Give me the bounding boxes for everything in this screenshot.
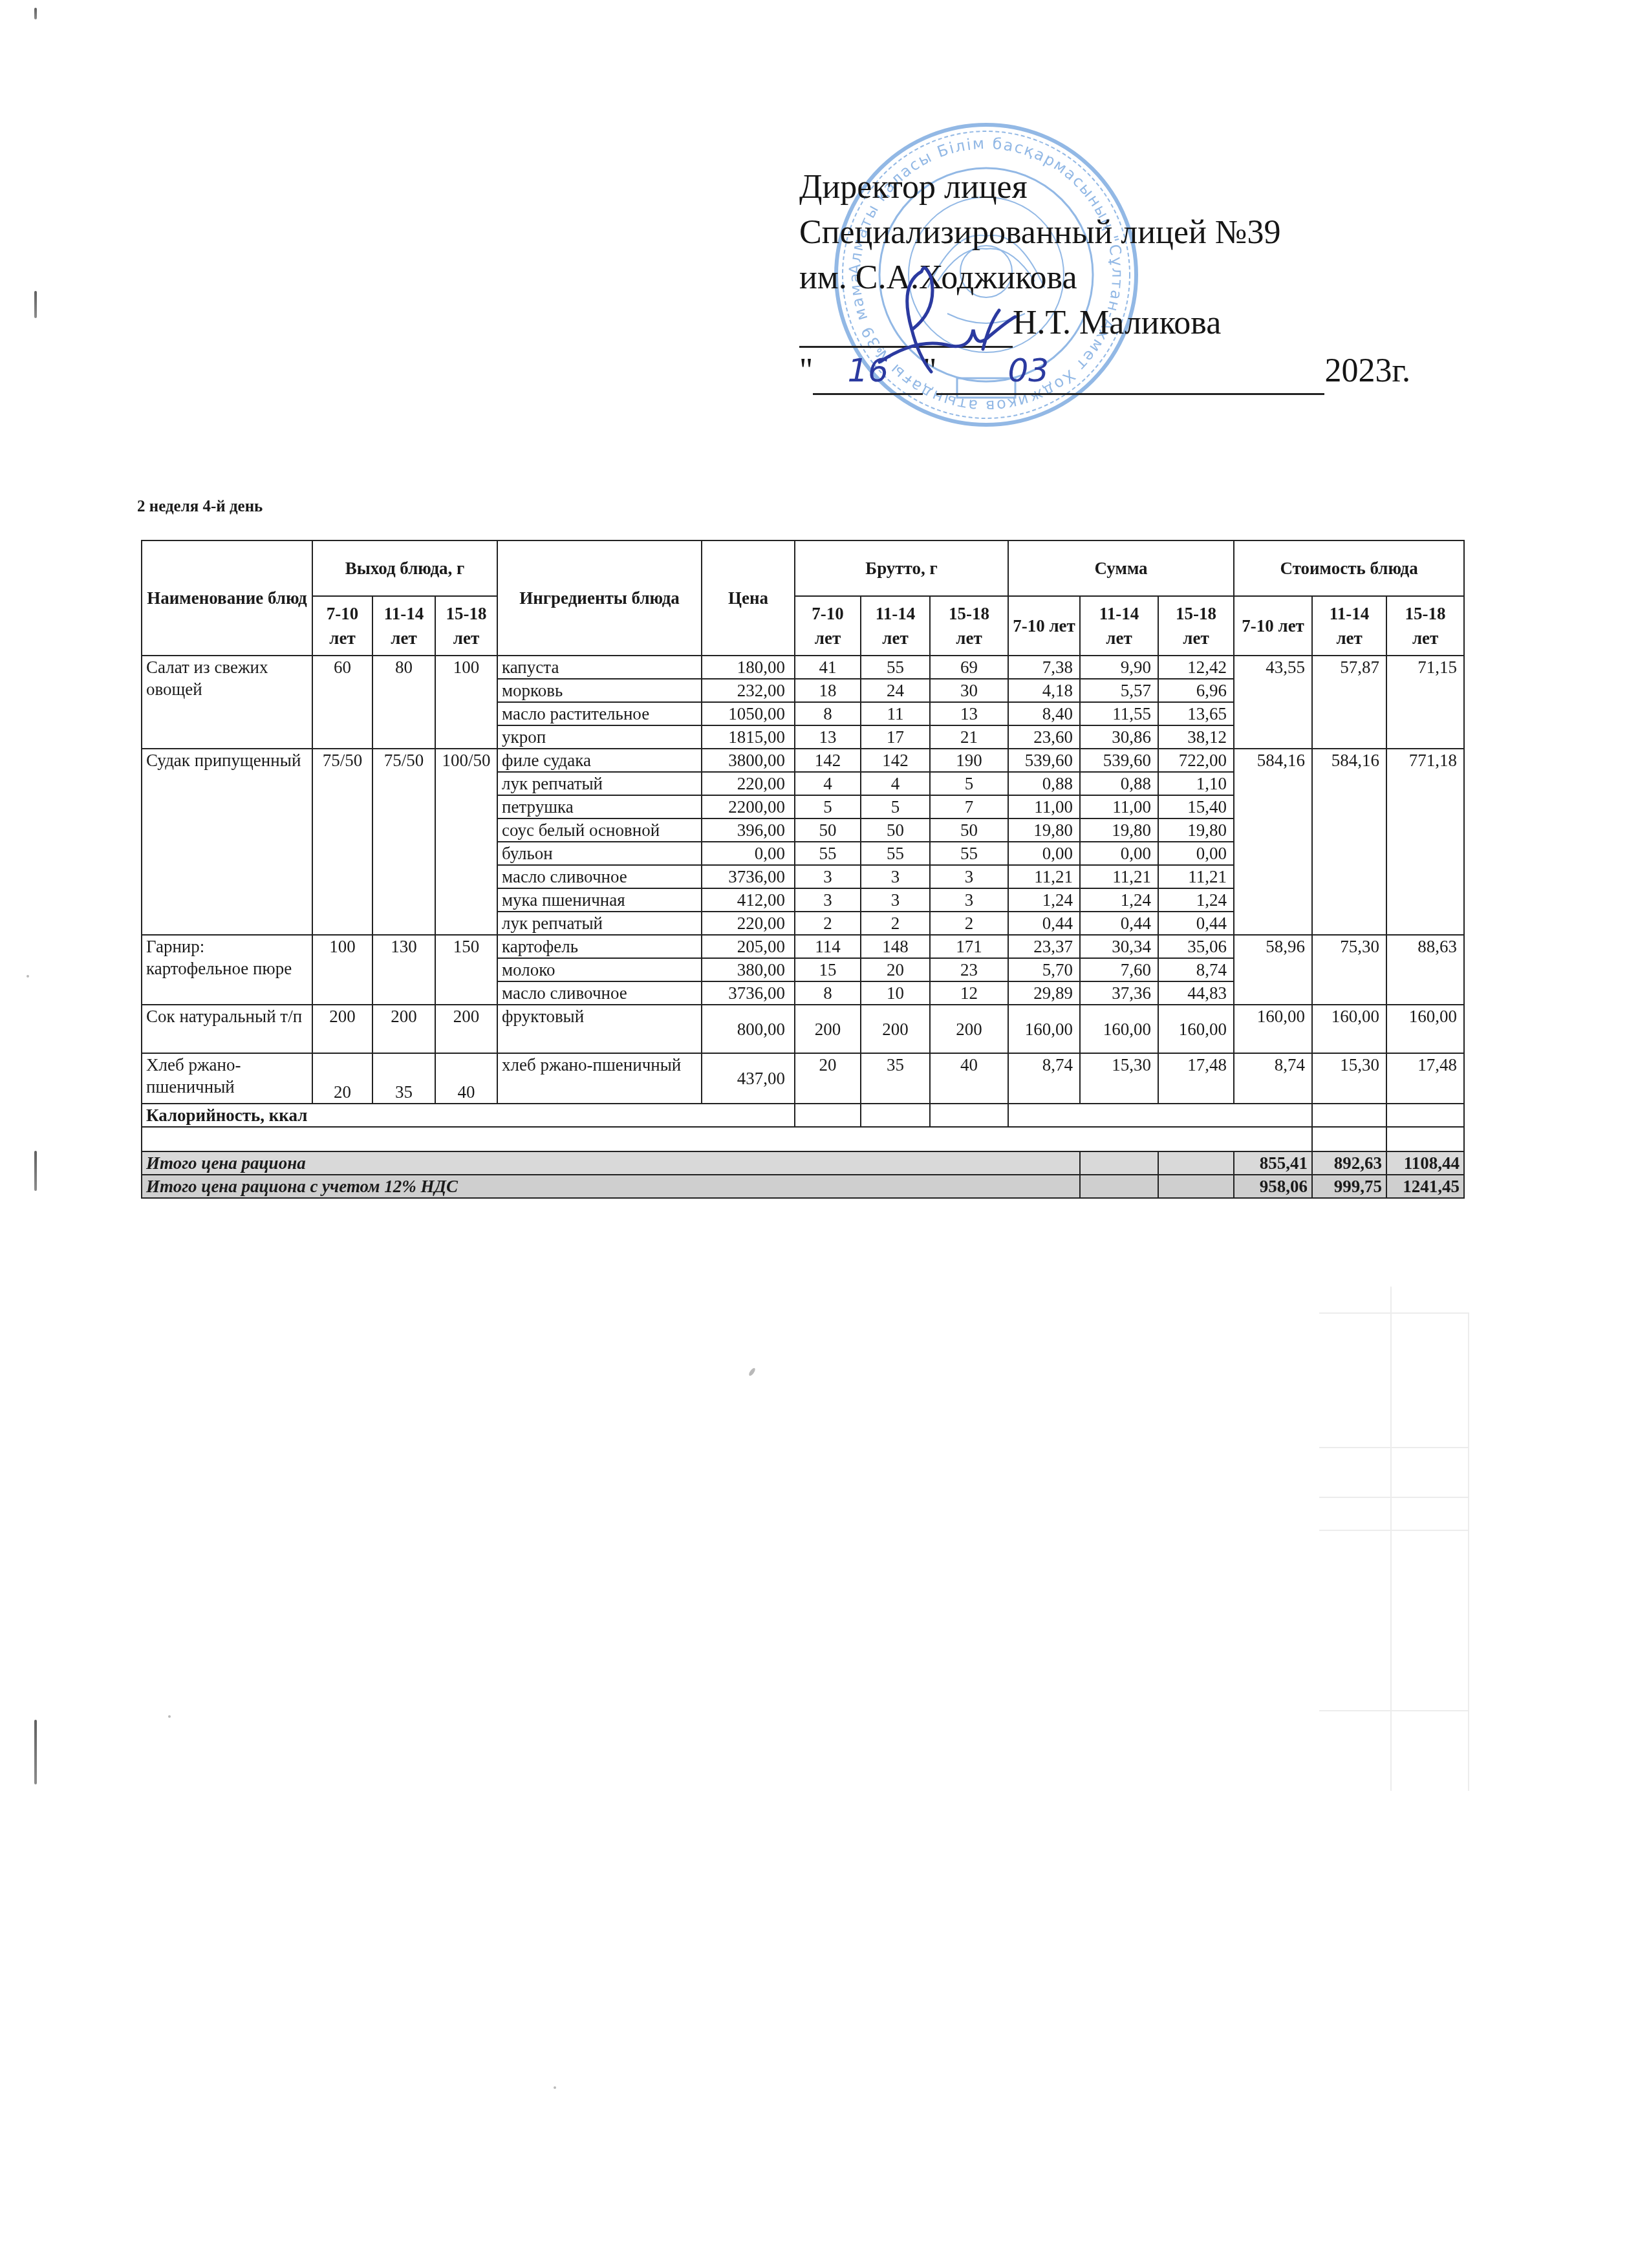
ingredient-row: Сок натуральный т/п200200200фруктовый800… <box>142 1005 1464 1053</box>
ingredient-brutto: 3 <box>930 888 1008 912</box>
ingredient-row: Гарнир: картофельное пюре100130150картоф… <box>142 935 1464 958</box>
header-brutto-age-7-10: 7-10 лет <box>795 596 861 656</box>
ingredient-brutto: 4 <box>795 772 861 795</box>
ingredient-price: 3800,00 <box>702 749 795 772</box>
dish-cost: 8,74 <box>1234 1053 1312 1104</box>
ingredient-name: соус белый основной <box>497 818 702 842</box>
ingredient-price: 437,00 <box>702 1053 795 1104</box>
scan-edge-mark <box>34 1720 37 1784</box>
dish-yield: 40 <box>435 1053 497 1104</box>
header-sum-age-7-10: 7-10 лет <box>1008 596 1080 656</box>
total-row-value: 855,41 <box>1234 1151 1312 1175</box>
ingredient-brutto: 114 <box>795 935 861 958</box>
ingredient-sum: 160,00 <box>1158 1005 1234 1053</box>
header-dish-name: Наименование блюд <box>142 540 312 656</box>
ingredient-sum: 13,65 <box>1158 702 1234 725</box>
total-vat-row-value: 1241,45 <box>1386 1175 1464 1198</box>
ingredient-brutto: 171 <box>930 935 1008 958</box>
total-vat-row: Итого цена рациона с учетом 12% НДС958,0… <box>142 1175 1464 1198</box>
dish-cost: 160,00 <box>1234 1005 1312 1053</box>
header-cost-age-7-10: 7-10 лет <box>1234 596 1312 656</box>
scan-edge-mark <box>34 1151 37 1191</box>
ingredient-sum: 23,37 <box>1008 935 1080 958</box>
ingredient-sum: 539,60 <box>1080 749 1158 772</box>
reverse-side-bleed <box>1313 1287 1468 1791</box>
ingredient-brutto: 24 <box>861 679 930 702</box>
ingredient-sum: 30,86 <box>1080 725 1158 749</box>
ingredient-brutto: 55 <box>861 842 930 865</box>
ingredient-brutto: 18 <box>795 679 861 702</box>
ingredient-name: бульон <box>497 842 702 865</box>
ingredient-brutto: 5 <box>930 772 1008 795</box>
ingredient-sum: 5,70 <box>1008 958 1080 981</box>
header-cost-age-15-18: 15-18 лет <box>1386 596 1464 656</box>
ingredient-name: капуста <box>497 656 702 679</box>
ingredient-sum: 722,00 <box>1158 749 1234 772</box>
ingredient-sum: 1,24 <box>1158 888 1234 912</box>
header-brutto-age-11-14: 11-14 лет <box>861 596 930 656</box>
ingredient-sum: 15,40 <box>1158 795 1234 818</box>
ingredient-name: морковь <box>497 679 702 702</box>
ingredient-price: 1050,00 <box>702 702 795 725</box>
ingredient-name: молоко <box>497 958 702 981</box>
ingredient-sum: 29,89 <box>1008 981 1080 1005</box>
dish-yield: 20 <box>312 1053 372 1104</box>
ingredient-name: масло сливочное <box>497 865 702 888</box>
spacer-cell <box>1312 1127 1386 1151</box>
ingredient-brutto: 5 <box>795 795 861 818</box>
header-yield-age-7-10: 7-10 лет <box>312 596 372 656</box>
ingredient-brutto: 69 <box>930 656 1008 679</box>
ingredient-price: 180,00 <box>702 656 795 679</box>
dish-cost: 43,55 <box>1234 656 1312 749</box>
scan-edge-mark <box>34 8 37 19</box>
ingredient-price: 205,00 <box>702 935 795 958</box>
ingredient-sum: 1,10 <box>1158 772 1234 795</box>
ingredient-brutto: 3 <box>930 865 1008 888</box>
total-row-cell <box>1158 1151 1234 1175</box>
dish-cost: 71,15 <box>1386 656 1464 749</box>
ingredient-brutto: 8 <box>795 702 861 725</box>
ingredient-sum: 23,60 <box>1008 725 1080 749</box>
ingredient-brutto: 21 <box>930 725 1008 749</box>
header-ingredients: Ингредиенты блюда <box>497 540 702 656</box>
ingredient-sum: 11,21 <box>1158 865 1234 888</box>
ingredient-brutto: 23 <box>930 958 1008 981</box>
header-sum-age-15-18: 15-18 лет <box>1158 596 1234 656</box>
spacer-row <box>142 1127 1464 1151</box>
menu-day-title: 2 неделя 4-й день <box>137 498 263 516</box>
ingredient-sum: 7,38 <box>1008 656 1080 679</box>
dish-yield: 100/50 <box>435 749 497 935</box>
ingredient-sum: 11,00 <box>1080 795 1158 818</box>
date-year: 2023г. <box>1324 352 1410 389</box>
header-price: Цена <box>702 540 795 656</box>
dish-cost: 17,48 <box>1386 1053 1464 1104</box>
ingredient-price: 220,00 <box>702 772 795 795</box>
calories-cell <box>861 1104 930 1127</box>
ingredient-brutto: 8 <box>795 981 861 1005</box>
dish-yield: 130 <box>372 935 435 1005</box>
ingredient-sum: 0,44 <box>1158 912 1234 935</box>
dish-yield: 75/50 <box>312 749 372 935</box>
ingredient-name: хлеб ржано-пшеничный <box>497 1053 702 1104</box>
ingredient-brutto: 55 <box>930 842 1008 865</box>
ingredient-brutto: 4 <box>861 772 930 795</box>
ingredient-sum: 4,18 <box>1008 679 1080 702</box>
ingredient-sum: 38,12 <box>1158 725 1234 749</box>
ingredient-name: масло растительное <box>497 702 702 725</box>
ingredient-price: 2200,00 <box>702 795 795 818</box>
ingredient-brutto: 13 <box>930 702 1008 725</box>
total-row-label: Итого цена рациона <box>142 1151 1080 1175</box>
ingredient-price: 800,00 <box>702 1005 795 1053</box>
dish-yield: 60 <box>312 656 372 749</box>
ingredient-brutto: 13 <box>795 725 861 749</box>
calories-cell <box>930 1104 1008 1127</box>
calories-cell <box>795 1104 861 1127</box>
ingredient-brutto: 7 <box>930 795 1008 818</box>
ingredient-price: 1815,00 <box>702 725 795 749</box>
ingredient-sum: 19,80 <box>1008 818 1080 842</box>
ingredient-brutto: 200 <box>861 1005 930 1053</box>
ingredient-brutto: 2 <box>861 912 930 935</box>
ingredient-brutto: 40 <box>930 1053 1008 1104</box>
scan-speck <box>554 2086 556 2089</box>
ingredient-brutto: 55 <box>795 842 861 865</box>
ingredient-brutto: 50 <box>795 818 861 842</box>
total-row-cell <box>1080 1151 1158 1175</box>
ingredient-brutto: 3 <box>861 865 930 888</box>
ingredient-name: фруктовый <box>497 1005 702 1053</box>
ingredient-sum: 0,88 <box>1008 772 1080 795</box>
ingredient-name: петрушка <box>497 795 702 818</box>
header-yield-age-11-14: 11-14 лет <box>372 596 435 656</box>
ingredient-brutto: 200 <box>930 1005 1008 1053</box>
ingredient-sum: 1,24 <box>1008 888 1080 912</box>
ingredient-price: 380,00 <box>702 958 795 981</box>
ingredient-sum: 11,21 <box>1008 865 1080 888</box>
ingredient-sum: 0,00 <box>1008 842 1080 865</box>
ingredient-sum: 0,00 <box>1158 842 1234 865</box>
ingredient-sum: 0,00 <box>1080 842 1158 865</box>
total-vat-row-cell <box>1158 1175 1234 1198</box>
ingredient-row: Хлеб ржано-пшеничный203540хлеб ржано-пше… <box>142 1053 1464 1104</box>
dish-yield: 80 <box>372 656 435 749</box>
ingredient-row: Салат из свежих овощей6080100капуста180,… <box>142 656 1464 679</box>
approval-title: Директор лицея <box>799 165 1410 210</box>
calories-cell <box>1386 1104 1464 1127</box>
calories-row: Калорийность, ккал <box>142 1104 1464 1127</box>
ingredient-brutto: 20 <box>861 958 930 981</box>
dish-cost: 584,16 <box>1234 749 1312 935</box>
header-sum-age-11-14: 11-14 лет <box>1080 596 1158 656</box>
spacer-cell <box>1386 1127 1464 1151</box>
ingredient-brutto: 142 <box>861 749 930 772</box>
calories-cell <box>1008 1104 1312 1127</box>
dish-name: Хлеб ржано-пшеничный <box>142 1053 312 1104</box>
ingredient-sum: 15,30 <box>1080 1053 1158 1104</box>
ingredient-sum: 5,57 <box>1080 679 1158 702</box>
ingredient-sum: 19,80 <box>1158 818 1234 842</box>
ingredient-brutto: 5 <box>861 795 930 818</box>
dish-yield: 150 <box>435 935 497 1005</box>
ingredient-brutto: 3 <box>795 888 861 912</box>
header-yield: Выход блюда, г <box>312 540 497 596</box>
ingredient-sum: 44,83 <box>1158 981 1234 1005</box>
ingredient-sum: 11,21 <box>1080 865 1158 888</box>
ingredient-name: мука пшеничная <box>497 888 702 912</box>
ingredient-sum: 160,00 <box>1080 1005 1158 1053</box>
date-quote-open: " <box>799 348 813 394</box>
ingredient-sum: 9,90 <box>1080 656 1158 679</box>
dish-yield: 200 <box>372 1005 435 1053</box>
scan-edge-mark <box>34 291 37 318</box>
dish-cost: 58,96 <box>1234 935 1312 1005</box>
ingredient-name: филе судака <box>497 749 702 772</box>
dish-yield: 75/50 <box>372 749 435 935</box>
calories-cell <box>1312 1104 1386 1127</box>
scan-speck <box>168 1715 171 1718</box>
ingredient-price: 3736,00 <box>702 981 795 1005</box>
ingredient-brutto: 15 <box>795 958 861 981</box>
ingredient-sum: 19,80 <box>1080 818 1158 842</box>
total-vat-row-value: 958,06 <box>1234 1175 1312 1198</box>
ingredient-sum: 11,00 <box>1008 795 1080 818</box>
ingredient-sum: 160,00 <box>1008 1005 1080 1053</box>
ingredient-brutto: 10 <box>861 981 930 1005</box>
ingredient-price: 396,00 <box>702 818 795 842</box>
ingredient-brutto: 50 <box>930 818 1008 842</box>
dish-name: Судак припущенный <box>142 749 312 935</box>
total-row: Итого цена рациона855,41892,631108,44 <box>142 1151 1464 1175</box>
ingredient-name: лук репчатый <box>497 912 702 935</box>
ingredient-brutto: 3 <box>861 888 930 912</box>
ingredient-brutto: 35 <box>861 1053 930 1104</box>
ingredient-brutto: 11 <box>861 702 930 725</box>
dish-yield: 100 <box>312 935 372 1005</box>
header-brutto: Брутто, г <box>795 540 1008 596</box>
header-sum: Сумма <box>1008 540 1234 596</box>
ingredient-name: лук репчатый <box>497 772 702 795</box>
dish-yield: 35 <box>372 1053 435 1104</box>
ingredient-brutto: 2 <box>930 912 1008 935</box>
ingredient-name: укроп <box>497 725 702 749</box>
ingredient-sum: 1,24 <box>1080 888 1158 912</box>
ingredient-sum: 8,74 <box>1158 958 1234 981</box>
dish-yield: 100 <box>435 656 497 749</box>
ingredient-brutto: 200 <box>795 1005 861 1053</box>
ingredient-brutto: 55 <box>861 656 930 679</box>
menu-cost-table: Наименование блюд Выход блюда, г Ингреди… <box>141 540 1465 1199</box>
ingredient-name: картофель <box>497 935 702 958</box>
ingredient-price: 412,00 <box>702 888 795 912</box>
ingredient-sum: 11,55 <box>1080 702 1158 725</box>
ingredient-sum: 7,60 <box>1080 958 1158 981</box>
dish-cost: 160,00 <box>1312 1005 1386 1053</box>
dish-name: Гарнир: картофельное пюре <box>142 935 312 1005</box>
dish-cost: 75,30 <box>1312 935 1386 1005</box>
ingredient-brutto: 12 <box>930 981 1008 1005</box>
ingredient-name: масло сливочное <box>497 981 702 1005</box>
ingredient-sum: 35,06 <box>1158 935 1234 958</box>
ingredient-price: 0,00 <box>702 842 795 865</box>
ingredient-sum: 12,42 <box>1158 656 1234 679</box>
ingredient-brutto: 30 <box>930 679 1008 702</box>
header-yield-age-15-18: 15-18 лет <box>435 596 497 656</box>
ingredient-sum: 8,40 <box>1008 702 1080 725</box>
dish-cost: 771,18 <box>1386 749 1464 935</box>
ingredient-price: 3736,00 <box>702 865 795 888</box>
ingredient-row: Судак припущенный75/5075/50100/50филе су… <box>142 749 1464 772</box>
header-cost-age-11-14: 11-14 лет <box>1312 596 1386 656</box>
dish-cost: 584,16 <box>1312 749 1386 935</box>
ingredient-brutto: 3 <box>795 865 861 888</box>
ingredient-sum: 37,36 <box>1080 981 1158 1005</box>
ingredient-brutto: 190 <box>930 749 1008 772</box>
total-row-value: 892,63 <box>1312 1151 1386 1175</box>
header-brutto-age-15-18: 15-18 лет <box>930 596 1008 656</box>
total-vat-row-value: 999,75 <box>1312 1175 1386 1198</box>
ingredient-sum: 539,60 <box>1008 749 1080 772</box>
dish-cost: 57,87 <box>1312 656 1386 749</box>
dish-yield: 200 <box>435 1005 497 1053</box>
dish-name: Сок натуральный т/п <box>142 1005 312 1053</box>
ingredient-brutto: 148 <box>861 935 930 958</box>
approval-org-line1: Специализированный лицей №39 <box>799 210 1410 255</box>
dish-name: Салат из свежих овощей <box>142 656 312 749</box>
ingredient-sum: 17,48 <box>1158 1053 1234 1104</box>
ingredient-price: 220,00 <box>702 912 795 935</box>
total-vat-row-cell <box>1080 1175 1158 1198</box>
dish-cost: 88,63 <box>1386 935 1464 1005</box>
signature-icon <box>860 259 1054 388</box>
ingredient-brutto: 41 <box>795 656 861 679</box>
total-row-value: 1108,44 <box>1386 1151 1464 1175</box>
dish-cost: 160,00 <box>1386 1005 1464 1053</box>
ingredient-sum: 6,96 <box>1158 679 1234 702</box>
ingredient-sum: 0,88 <box>1080 772 1158 795</box>
ingredient-sum: 30,34 <box>1080 935 1158 958</box>
ingredient-brutto: 20 <box>795 1053 861 1104</box>
ingredient-sum: 0,44 <box>1008 912 1080 935</box>
ingredient-brutto: 142 <box>795 749 861 772</box>
dish-yield: 200 <box>312 1005 372 1053</box>
scan-speck <box>27 975 29 978</box>
total-vat-row-label: Итого цена рациона с учетом 12% НДС <box>142 1175 1080 1198</box>
scan-speck <box>748 1367 757 1377</box>
ingredient-brutto: 17 <box>861 725 930 749</box>
ingredient-sum: 8,74 <box>1008 1053 1080 1104</box>
header-dish-cost: Стоимость блюда <box>1234 540 1464 596</box>
ingredient-price: 232,00 <box>702 679 795 702</box>
calories-label: Калорийность, ккал <box>142 1104 795 1127</box>
ingredient-sum: 0,44 <box>1080 912 1158 935</box>
dish-cost: 15,30 <box>1312 1053 1386 1104</box>
ingredient-brutto: 50 <box>861 818 930 842</box>
ingredient-brutto: 2 <box>795 912 861 935</box>
spacer-cell <box>142 1127 1312 1151</box>
